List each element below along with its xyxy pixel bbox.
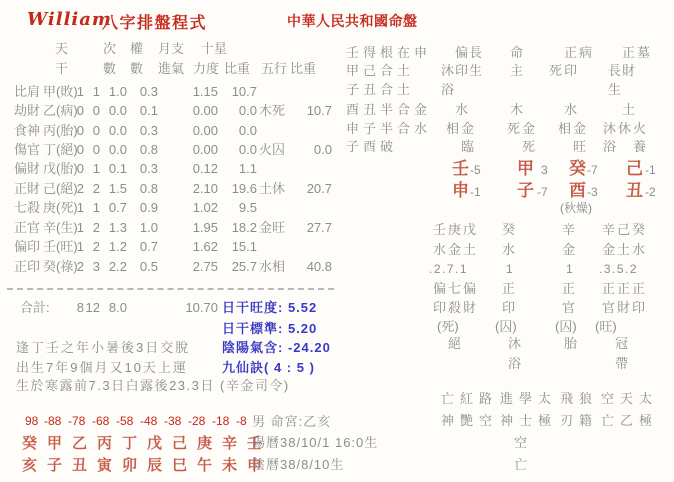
luck-cycle-cell: 乙: [72, 436, 87, 453]
strength-table-header-cell: 比重: [224, 62, 250, 76]
strength-table-cell: 0.0: [187, 124, 257, 138]
four-pillars-cell: (秋燥): [560, 202, 592, 215]
four-pillars-cell: 癸: [569, 160, 586, 179]
combinations-cell: 申子半合水: [346, 122, 431, 136]
luck-cycle-cell: 亥: [22, 458, 37, 475]
pillar-annotations-cell: 土: [622, 103, 635, 117]
combinations-cell: 壬得根在申: [346, 46, 431, 60]
luck-cycle-cell: -78: [68, 415, 85, 428]
pillar-annotations-cell: 長: [608, 64, 621, 78]
four-pillars-cell: 3: [541, 164, 548, 177]
hidden-stems-cell: 胎: [564, 337, 577, 351]
hidden-stems-cell: 偏: [433, 282, 446, 296]
strength-table-header-cell: 數: [130, 62, 143, 76]
shensha-cell: 太: [538, 392, 551, 406]
four-pillars-cell: 申: [452, 182, 469, 201]
strength-table-header-cell: 數: [103, 62, 116, 76]
app-title-chinese: 八字排盤程式: [102, 10, 207, 33]
shensha-cell: 乙: [620, 414, 633, 428]
dashed-divider: [7, 288, 334, 290]
hidden-stems-cell: 金: [562, 243, 575, 257]
luck-cycle-cell: 庚: [197, 436, 212, 453]
strength-table-header-cell: 比重: [290, 62, 316, 76]
summary-row-cell: 8.0: [57, 301, 127, 315]
four-pillars-cell: 己: [626, 160, 643, 179]
hidden-stems-cell: 癸: [502, 223, 515, 237]
strength-table-cell: 27.7: [262, 221, 332, 235]
hidden-stems-cell: 偏: [463, 282, 476, 296]
strength-table-header-cell: 十星: [201, 42, 227, 56]
hidden-stems-cell: (囚): [495, 320, 517, 334]
four-pillars-cell: -2: [645, 186, 656, 199]
hidden-stems-cell: 辛: [562, 223, 575, 237]
hidden-stems-cell: 正: [632, 282, 645, 296]
strength-table-header-cell: 五行: [261, 62, 287, 76]
strength-table-header-cell: 干: [55, 62, 68, 76]
strength-table-cell: 15.1: [187, 240, 257, 254]
pillar-annotations-cell: 正: [564, 46, 577, 60]
luck-cycle-cell: -58: [116, 415, 133, 428]
four-pillars-cell: 壬: [452, 160, 469, 179]
four-pillars-cell: -7: [587, 164, 598, 177]
hidden-stems-cell: 冠: [615, 337, 628, 351]
hidden-stems-cell: 戊: [463, 223, 476, 237]
shensha-cell: 亡: [514, 458, 527, 472]
hidden-stems-cell: 殺: [448, 301, 461, 315]
notes-cell: 生於寒露前7.3日白露後23.3日 (辛金司令): [16, 379, 290, 393]
shensha-cell: 空: [601, 392, 614, 406]
hidden-stems-cell: (旺): [595, 320, 617, 334]
hidden-stems-cell: 水: [632, 243, 645, 257]
shensha-cell: 刃: [560, 414, 573, 428]
pillar-annotations-cell: 水: [455, 103, 468, 117]
luck-cycle-cell: 甲: [47, 436, 62, 453]
hidden-stems-cell: (囚): [555, 320, 577, 334]
hidden-stems-cell: 印: [433, 301, 446, 315]
hidden-stems-cell: 土: [617, 243, 630, 257]
luck-cycle-cell: 98: [25, 415, 38, 428]
app-title-english: William: [27, 9, 112, 30]
luck-cycle-cell: -48: [140, 415, 157, 428]
shensha-cell: 艷: [460, 414, 473, 428]
summary-row-cell: 10.70: [148, 301, 218, 315]
day-master-stats-cell: 日干旺度: 5.52: [222, 301, 317, 315]
shensha-cell: 極: [639, 414, 652, 428]
strength-table-cell: 0.0: [262, 143, 332, 157]
pillar-annotations-cell: 水: [564, 103, 577, 117]
combinations-cell: 子丑合土: [346, 83, 414, 97]
hidden-stems-cell: .3.5.2: [599, 263, 638, 276]
pillar-annotations-cell: 死: [549, 64, 562, 78]
strength-table-cell: 1.1: [187, 162, 257, 176]
luck-cycle-cell: -68: [92, 415, 109, 428]
luck-cycle-cell: -38: [164, 415, 181, 428]
four-pillars-cell: 子: [517, 182, 534, 201]
shensha-cell: 紅: [460, 392, 473, 406]
shensha-cell: 亡: [441, 392, 454, 406]
luck-cycle-cell: 午: [197, 458, 212, 475]
luck-cycle-cell: -28: [188, 415, 205, 428]
strength-table-header-cell: 天: [55, 42, 68, 56]
hidden-stems-cell: 印: [502, 301, 515, 315]
pillar-annotations-cell: 病: [579, 46, 592, 60]
shensha-cell: 路: [479, 392, 492, 406]
day-master-stats-cell: 九仙訣( 4 : 5 ): [222, 361, 315, 375]
luck-cycle-cell: 寅: [97, 458, 112, 475]
luck-cycle-cell: 丙: [97, 436, 112, 453]
luck-cycle-cell: 戊: [147, 436, 162, 453]
pillar-annotations-cell: 休: [618, 122, 631, 136]
strength-table-cell: 0.0: [187, 104, 257, 118]
four-pillars-cell: -1: [645, 164, 656, 177]
hidden-stems-cell: 財: [463, 301, 476, 315]
luck-cycle-cell: 己: [172, 436, 187, 453]
shensha-cell: 進: [500, 392, 513, 406]
hidden-stems-cell: 庚: [448, 223, 461, 237]
hidden-stems-cell: 辛: [602, 223, 615, 237]
shensha-cell: 亡: [601, 414, 614, 428]
hidden-stems-cell: 官: [562, 301, 575, 315]
pillar-annotations-cell: 木: [510, 103, 523, 117]
birth-info-cell: 陽曆38/10/1 16:0生: [252, 436, 378, 450]
pillar-annotations-cell: 金: [573, 122, 586, 136]
hidden-stems-cell: (死): [437, 320, 459, 334]
shensha-cell: 空: [514, 436, 527, 450]
hidden-stems-cell: 正: [602, 282, 615, 296]
strength-table-cell: 9.5: [187, 201, 257, 215]
pillar-annotations-cell: 死: [507, 122, 520, 136]
shensha-cell: 籍: [579, 414, 592, 428]
pillar-annotations-cell: 生: [469, 64, 482, 78]
strength-table-header-cell: 月支: [158, 42, 184, 56]
notes-cell: 逢丁壬之年小暑後3日交脫: [16, 341, 190, 355]
strength-table-header-cell: 進氣: [158, 62, 184, 76]
hidden-stems-cell: 浴: [508, 357, 521, 371]
luck-cycle-cell: 巳: [172, 458, 187, 475]
hidden-stems-cell: 正: [502, 282, 515, 296]
combinations-cell: 子酉破: [346, 140, 397, 154]
pillar-annotations-cell: 財: [622, 64, 635, 78]
strength-table-cell: 20.7: [262, 182, 332, 196]
birth-info-cell: 陰曆38/8/10生: [252, 458, 344, 472]
hidden-stems-cell: 金: [602, 243, 615, 257]
shensha-cell: 飛: [560, 392, 573, 406]
pillar-annotations-cell: 死: [522, 140, 535, 154]
shensha-cell: 士: [519, 414, 532, 428]
luck-cycle-cell: 子: [47, 458, 62, 475]
hidden-stems-cell: 壬: [433, 223, 446, 237]
hidden-stems-cell: .2.7.1: [429, 263, 468, 276]
four-pillars-cell: -3: [587, 186, 598, 199]
hidden-stems-cell: 1: [566, 263, 573, 276]
strength-table-cell: 10.7: [187, 85, 257, 99]
pillar-annotations-cell: 主: [510, 64, 523, 78]
day-master-stats-cell: 陰陽氣含: -24.20: [222, 341, 331, 355]
strength-table-cell: 25.7: [187, 260, 257, 274]
luck-cycle-cell: 癸: [22, 436, 37, 453]
combinations-cell: 酉丑半合金: [346, 103, 431, 117]
shensha-cell: 狼: [579, 392, 592, 406]
pillar-annotations-cell: 金: [461, 122, 474, 136]
pillar-annotations-cell: 相: [558, 122, 571, 136]
hidden-stems-cell: 水: [502, 243, 515, 257]
pillar-annotations-cell: 印: [455, 64, 468, 78]
pillar-annotations-cell: 印: [564, 64, 577, 78]
combinations-cell: 甲己合土: [346, 64, 414, 78]
hidden-stems-cell: 土: [463, 243, 476, 257]
luck-cycle-cell: -8: [236, 415, 247, 428]
strength-table-header-cell: 權: [130, 42, 143, 56]
hidden-stems-cell: 官: [602, 301, 615, 315]
chart-title: 中華人民共和國命盤: [287, 11, 418, 31]
strength-table-cell: 18.2: [187, 221, 257, 235]
strength-table-cell: 40.8: [262, 260, 332, 274]
shensha-cell: 太: [639, 392, 652, 406]
luck-cycle-cell: 未: [222, 458, 237, 475]
shensha-cell: 天: [620, 392, 633, 406]
four-pillars-cell: -1: [470, 186, 481, 199]
hidden-stems-cell: 癸: [632, 223, 645, 237]
hidden-stems-cell: 沐: [508, 337, 521, 351]
pillar-annotations-cell: 沐: [603, 122, 616, 136]
shensha-cell: 空: [479, 414, 492, 428]
hidden-stems-cell: 正: [617, 282, 630, 296]
notes-cell: 出生7年9個月又10天上運: [16, 361, 188, 375]
four-pillars-cell: 酉: [569, 182, 586, 201]
pillar-annotations-cell: 長: [469, 46, 482, 60]
birth-info-cell: 男 命宮:乙亥: [252, 415, 331, 429]
pillar-annotations-cell: 正: [622, 46, 635, 60]
pillar-annotations-cell: 浴: [603, 140, 616, 154]
hidden-stems-cell: 印: [632, 301, 645, 315]
hidden-stems-cell: 金: [448, 243, 461, 257]
strength-table-header-cell: 力度: [193, 62, 219, 76]
luck-cycle-cell: 辛: [222, 436, 237, 453]
pillar-annotations-cell: 墓: [637, 46, 650, 60]
pillar-annotations-cell: 沐: [441, 64, 454, 78]
bazi-program-window: William 八字排盤程式 中華人民共和國命盤 天次權月支十星干數數進氣力度比…: [0, 0, 674, 482]
luck-cycle-cell: -18: [212, 415, 229, 428]
hidden-stems-cell: 正: [562, 282, 575, 296]
pillar-annotations-cell: 偏: [455, 46, 468, 60]
four-pillars-cell: 丑: [626, 182, 643, 201]
hidden-stems-cell: 帶: [615, 357, 628, 371]
pillar-annotations-cell: 火: [633, 122, 646, 136]
four-pillars-cell: -5: [470, 164, 481, 177]
strength-table-cell: 19.6: [187, 182, 257, 196]
pillar-annotations-cell: 養: [633, 140, 646, 154]
shensha-cell: 學: [519, 392, 532, 406]
shensha-cell: 極: [538, 414, 551, 428]
four-pillars-cell: -7: [537, 186, 548, 199]
pillar-annotations-cell: 命: [510, 46, 523, 60]
hidden-stems-cell: 己: [617, 223, 630, 237]
hidden-stems-cell: 財: [617, 301, 630, 315]
luck-cycle-cell: 丁: [122, 436, 137, 453]
pillar-annotations-cell: 金: [522, 122, 535, 136]
pillar-annotations-cell: 相: [446, 122, 459, 136]
shensha-cell: 神: [500, 414, 513, 428]
hidden-stems-cell: 水: [433, 243, 446, 257]
hidden-stems-cell: 絕: [448, 337, 461, 351]
luck-cycle-cell: -88: [44, 415, 61, 428]
strength-table-cell: 0.0: [187, 143, 257, 157]
strength-table-cell: 10.7: [262, 104, 332, 118]
pillar-annotations-cell: 旺: [573, 140, 586, 154]
pillar-annotations-cell: 生: [608, 83, 621, 97]
day-master-stats-cell: 日干標準: 5.20: [222, 322, 317, 336]
four-pillars-cell: 甲: [517, 160, 534, 179]
shensha-cell: 神: [441, 414, 454, 428]
hidden-stems-cell: 1: [506, 263, 513, 276]
pillar-annotations-cell: 浴: [441, 83, 454, 97]
luck-cycle-cell: 辰: [147, 458, 162, 475]
luck-cycle-cell: 丑: [72, 458, 87, 475]
luck-cycle-cell: 卯: [122, 458, 137, 475]
strength-table-header-cell: 次: [103, 42, 116, 56]
pillar-annotations-cell: 臨: [461, 140, 474, 154]
hidden-stems-cell: 七: [448, 282, 461, 296]
